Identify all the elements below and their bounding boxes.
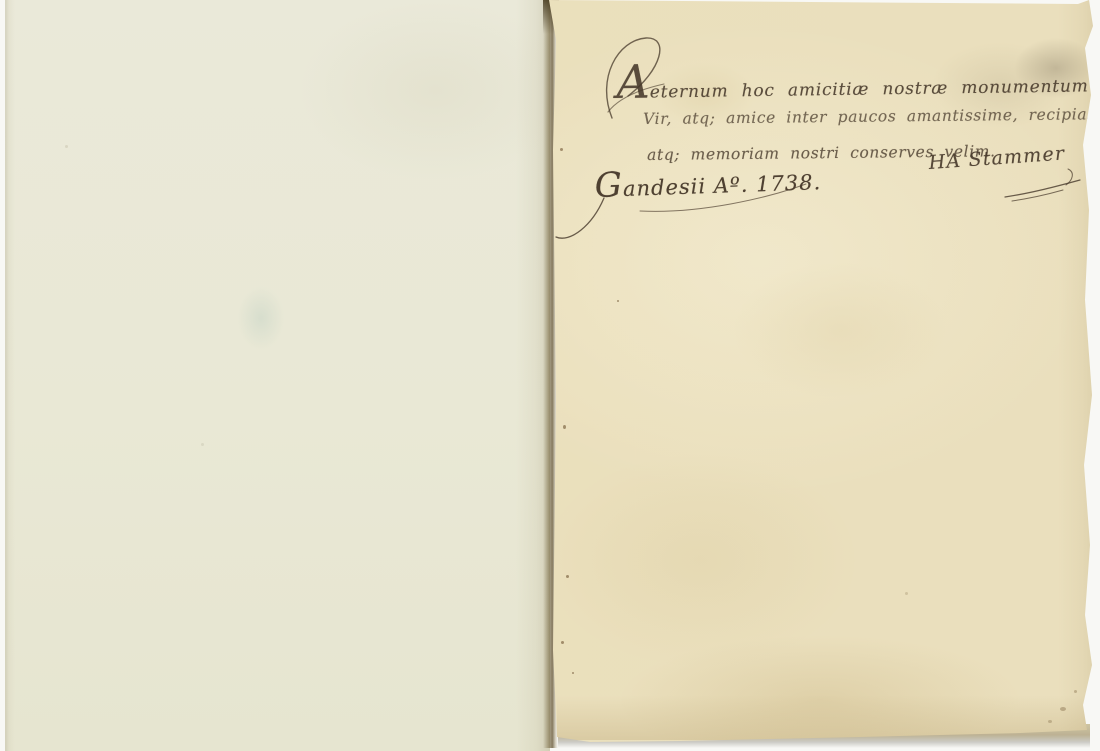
inscription-place-date: Gandesii Aº. 1738. bbox=[594, 158, 822, 206]
ink-speck bbox=[561, 641, 564, 644]
parchment-bottom-stain bbox=[557, 695, 1087, 740]
foxing-spot bbox=[1060, 707, 1066, 711]
ink-speck bbox=[566, 575, 569, 578]
foxing-spot bbox=[905, 592, 908, 595]
inscription-line-2: Vir, atq; amice inter paucos amantissime… bbox=[643, 105, 1096, 128]
ink-speck bbox=[563, 425, 566, 429]
foxing-spot bbox=[1074, 690, 1077, 693]
paper-speck bbox=[201, 443, 204, 446]
left-blank-page bbox=[5, 0, 550, 751]
book-scan: Aeternum hoc amicitiæ nostræ monumentum … bbox=[0, 0, 1100, 751]
paper-speck bbox=[65, 145, 68, 148]
foxing-spot bbox=[1048, 720, 1052, 723]
ink-speck bbox=[617, 300, 619, 302]
ink-speck bbox=[560, 148, 563, 151]
ink-speck bbox=[572, 672, 574, 674]
inscription-line-1: Aeternum hoc amicitiæ nostræ monumentum … bbox=[616, 48, 1100, 109]
